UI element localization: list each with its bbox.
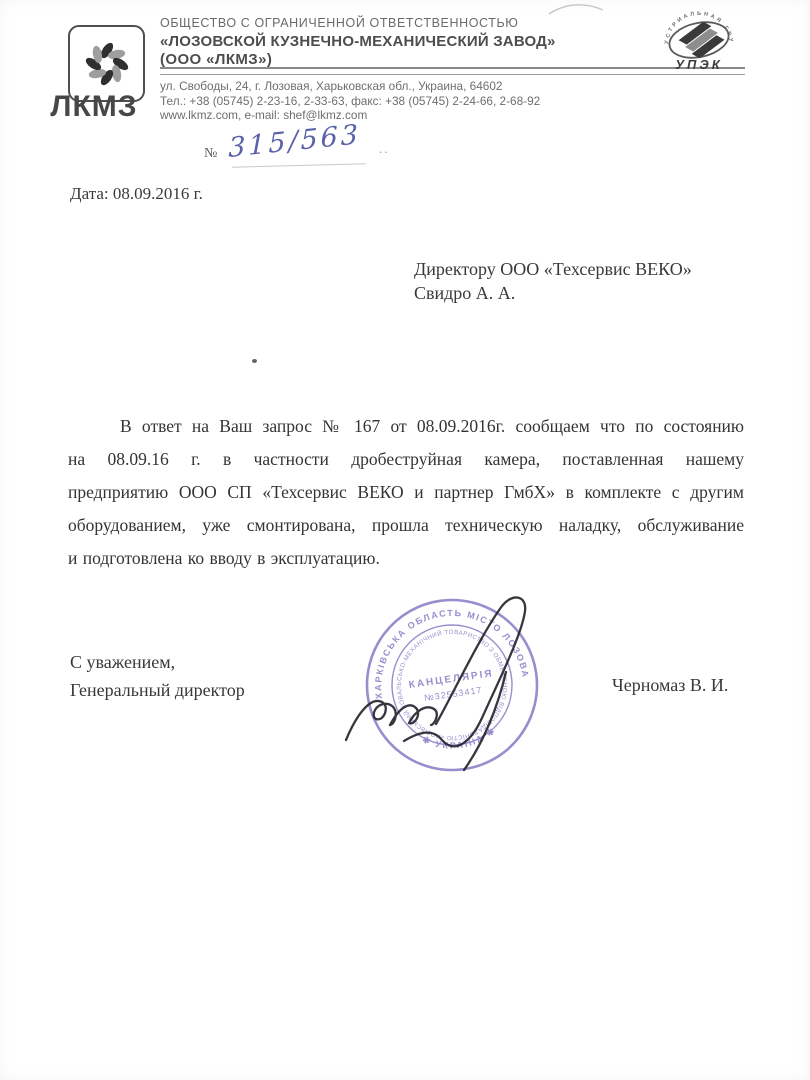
signer-name: Черномаз В. И. [612,675,728,696]
company-abbr: ЛКМЗ [34,90,154,124]
org-short-line: (ООО «ЛКМЗ») [160,51,620,68]
recipient-line2: Свидро А. А. [414,281,692,305]
date-line: Дата: 08.09.2016 г. [70,184,203,204]
upek-name: УПЭК [675,57,723,72]
body-line: предприятию ООО СП «Техсервис ВЕКО и пар… [68,476,744,509]
org-type-line: ОБЩЕСТВО С ОГРАНИЧЕННОЙ ОТВЕТСТВЕННОСТЬЮ [160,15,620,31]
signature [330,578,580,793]
recipient-line1: Директору ООО «Техсервис ВЕКО» [414,257,692,281]
closing-line1: С уважением, [70,649,245,677]
org-name-line: «ЛОЗОВСКОЙ КУЗНЕЧНО-МЕХАНИЧЕСКИЙ ЗАВОД» [160,33,620,50]
handwritten-ref-number: 315/563 [228,119,360,164]
scanned-letter-page: ЛКМЗ ОБЩЕСТВО С ОГРАНИЧЕННОЙ ОТВЕТСТВЕНН… [0,0,810,1080]
ref-number-label: № [204,146,217,162]
scan-speck [252,359,257,363]
ref-underline [232,163,366,168]
scan-curve-artifact [545,0,605,16]
body-line: на 08.09.16 г. в частности дробеструйная… [68,443,744,476]
recipient-block: Директору ООО «Техсервис ВЕКО» Свидро А.… [414,257,692,305]
body-line: оборудованием, уже смонтирована, прошла … [68,509,744,542]
letter-body: В ответ на Ваш запрос № 167 от 08.09.201… [68,410,744,575]
web-line: www.lkmz.com, e-mail: shef@lkmz.com [160,108,640,122]
letterhead-contacts: ул. Свободы, 24, г. Лозовая, Харьковская… [160,79,640,123]
closing-line2: Генеральный директор [70,677,245,705]
address-line: ул. Свободы, 24, г. Лозовая, Харьковская… [160,79,640,93]
body-line: В ответ на Ваш запрос № 167 от 08.09.201… [68,410,744,443]
body-line: и подготовлена ко вводу в эксплуатацию. [68,542,744,575]
pinwheel-logo-icon [78,35,136,93]
scan-dots-artifact: .. [379,141,390,157]
upek-logo-icon: ИНДУСТРИАЛЬНАЯ ГРУППА УПЭК [635,0,765,80]
letterhead-text-block: ОБЩЕСТВО С ОГРАНИЧЕННОЙ ОТВЕТСТВЕННОСТЬЮ… [160,15,620,68]
phone-line: Тел.: +38 (05745) 2-23-16, 2-33-63, факс… [160,94,640,108]
closing-block: С уважением, Генеральный директор [70,649,245,704]
